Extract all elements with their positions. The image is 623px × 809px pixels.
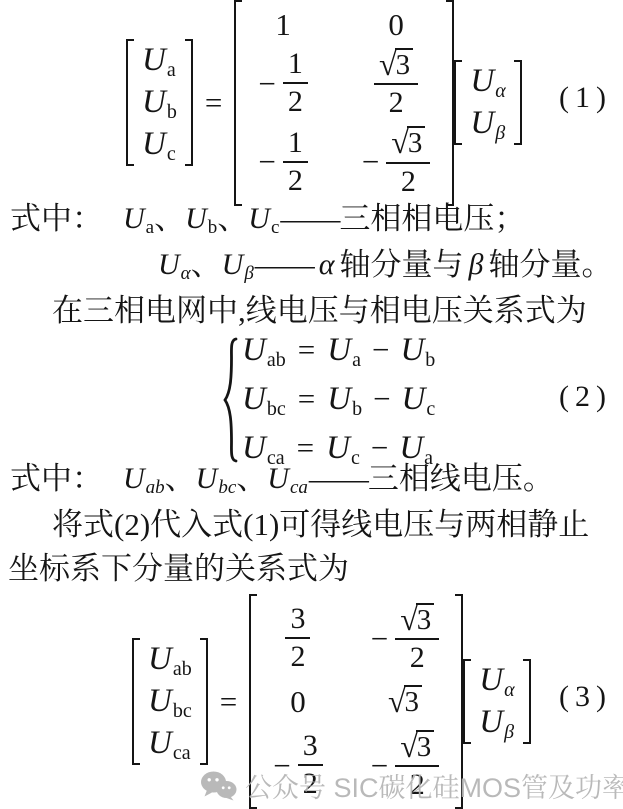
- symbol: Uab: [123, 464, 165, 494]
- matrix-entry: − √32: [371, 603, 440, 673]
- vector-entry: Uβ: [479, 706, 514, 739]
- matrix-entry: √3: [388, 685, 422, 717]
- eq3-rhs-vector: Uα Uβ: [463, 659, 530, 744]
- where-prefix: 式中：: [10, 460, 103, 497]
- eq1-lhs-vector: Ua Ub Uc: [126, 39, 193, 166]
- watermark-text: 公众号 SIC碳化硅MOS管及功率模块的应用: [245, 766, 623, 805]
- vector-entry: Uα: [470, 65, 505, 98]
- symbol: Ubc: [196, 464, 237, 494]
- equals-sign: =: [298, 334, 315, 365]
- separator: 、: [165, 460, 196, 497]
- matrix-entry: − 12: [258, 49, 307, 117]
- equals-sign: =: [205, 87, 222, 118]
- where-clause-1: 式中： Ua 、 Ub 、 Uc —— 三相相电压；: [10, 200, 525, 237]
- alpha-symbol: α: [319, 248, 335, 282]
- em-dash: ——: [280, 200, 338, 237]
- symbol: Uc: [248, 204, 279, 234]
- matrix-entry: − 12: [258, 128, 307, 196]
- left-bracket: [463, 659, 471, 744]
- right-bracket: [446, 0, 454, 206]
- equals-sign: =: [297, 432, 314, 463]
- paragraph-1: 在三相电网中,线电压与相电压关系式为: [52, 292, 587, 329]
- system-row: Uab = Ua − Ub: [242, 334, 435, 367]
- minus-sign: −: [372, 334, 389, 365]
- document-page: Ua Ub Uc = 1 0 − 12 √32: [0, 0, 623, 809]
- vector-entry: Ua: [142, 44, 176, 77]
- where-prefix: 式中：: [10, 200, 103, 237]
- minus-sign: −: [371, 432, 388, 463]
- right-bracket: [523, 659, 531, 744]
- where-clause-3: 式中： Uab 、 Ubc 、 Uca —— 三相线电压。: [10, 460, 554, 497]
- equation-system-rows: Uab = Ua − Ub Ubc = Ub − Uc Uca = Uc: [242, 334, 435, 465]
- left-bracket: [234, 0, 242, 206]
- description: 三相线电压。: [368, 460, 554, 497]
- symbol: Uca: [267, 464, 308, 494]
- matrix-entry: √32: [374, 48, 418, 118]
- em-dash: ——: [255, 246, 313, 283]
- eq3-lhs-vector: Uab Ubc Uca: [132, 638, 208, 765]
- equation-2: Uab = Ua − Ub Ubc = Ub − Uc Uca = Uc: [0, 334, 623, 460]
- equation-number: (1): [559, 83, 612, 113]
- vector-entry: Uβ: [470, 107, 505, 140]
- matrix-entry: 32: [285, 604, 310, 672]
- matrix-entry: 0: [388, 9, 404, 40]
- right-bracket: [185, 39, 193, 166]
- em-dash: ——: [309, 460, 367, 497]
- separator: 、: [154, 200, 185, 237]
- beta-symbol: β: [469, 248, 484, 282]
- system-brace: [222, 337, 238, 463]
- paragraph-2-line-2: 坐标系下分量的关系式为: [8, 550, 349, 587]
- separator: 、: [191, 246, 222, 283]
- matrix-entry: 1: [275, 9, 291, 40]
- description: 三相相电压；: [339, 200, 525, 237]
- equals-sign: =: [298, 383, 315, 414]
- wechat-icon: [200, 770, 237, 801]
- eq1-rhs-vector: Uα Uβ: [454, 60, 521, 145]
- vector-entry: Uca: [148, 727, 191, 760]
- symbol: Ub: [185, 204, 217, 234]
- symbol: Uβ: [222, 250, 254, 280]
- description: 轴分量与: [340, 246, 464, 283]
- equals-sign: =: [220, 686, 237, 717]
- paragraph-2-line-1: 将式(2)代入式(1)可得线电压与两相静止: [52, 506, 589, 543]
- left-bracket: [132, 638, 140, 765]
- vector-entry: Ub: [142, 86, 177, 119]
- right-bracket: [514, 60, 522, 145]
- left-bracket: [454, 60, 462, 145]
- equation-number: (3): [559, 682, 612, 712]
- description: 轴分量。: [489, 246, 613, 283]
- minus-sign: −: [373, 383, 390, 414]
- where-clause-2: Uα 、 Uβ —— α 轴分量与 β 轴分量。: [158, 246, 613, 283]
- vector-entry: Ubc: [148, 685, 192, 718]
- left-bracket: [126, 39, 134, 166]
- separator: 、: [236, 460, 267, 497]
- separator: 、: [217, 200, 248, 237]
- matrix-entry: − √32: [362, 126, 431, 196]
- eq1-coefficient-matrix: 1 0 − 12 √32 − 12 − √32: [234, 0, 454, 206]
- vector-entry: Uc: [142, 128, 176, 161]
- equation-number: (2): [559, 382, 612, 412]
- equation-1: Ua Ub Uc = 1 0 − 12 √32: [0, 0, 623, 196]
- symbol: Uα: [158, 250, 191, 280]
- system-row: Ubc = Ub − Uc: [242, 383, 435, 416]
- watermark: 公众号 SIC碳化硅MOS管及功率模块的应用: [200, 766, 623, 805]
- matrix-entry: 0: [290, 686, 306, 717]
- symbol: Ua: [123, 204, 154, 234]
- right-bracket: [200, 638, 208, 765]
- vector-entry: Uab: [148, 643, 192, 676]
- vector-entry: Uα: [479, 664, 514, 697]
